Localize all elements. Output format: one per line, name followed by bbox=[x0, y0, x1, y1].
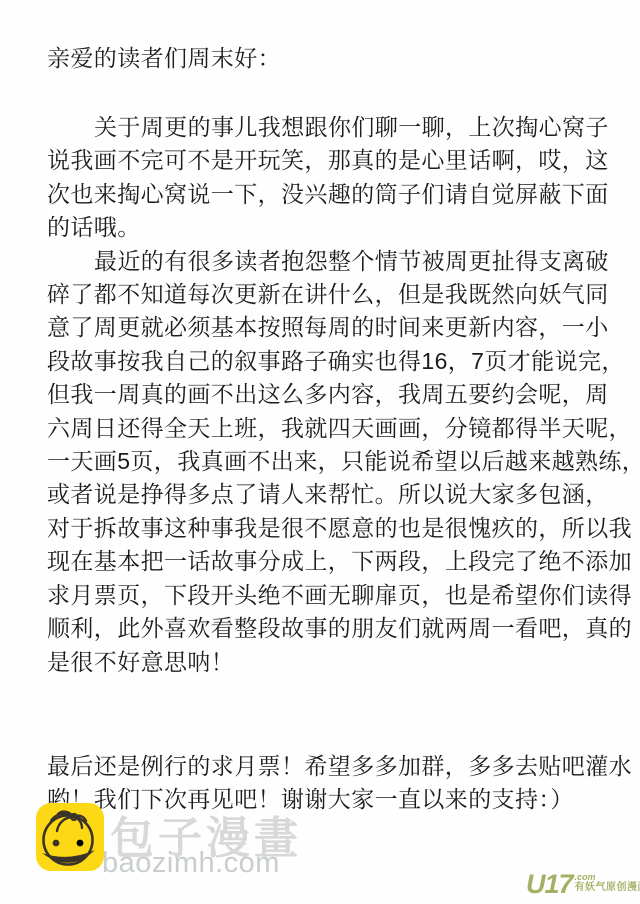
note-line: 一天画5页，我真画不出来，只能说希望以后越来越熟练， bbox=[47, 445, 640, 478]
note-line: 关于周更的事儿我想跟你们聊一聊，上次掏心窝子 bbox=[47, 111, 640, 144]
note-line: 次也来掏心窝说一下，没兴趣的筒子们请自觉屏蔽下面 bbox=[47, 178, 640, 211]
note-line: 的话哦。 bbox=[47, 211, 640, 244]
note-line: 最后还是例行的求月票！希望多多加群，多多去贴吧灌水 bbox=[47, 750, 632, 783]
greeting-line: 亲爱的读者们周末好： bbox=[47, 42, 281, 75]
note-line: 顺利，此外喜欢看整段故事的朋友们就两周一看吧，真的 bbox=[47, 612, 640, 645]
note-line: 说我画不完可不是开玩笑，那真的是心里话啊，哎，这 bbox=[47, 144, 640, 177]
note-line: 最近的有很多读者抱怨整个情节被周更扯得支离破 bbox=[47, 245, 640, 278]
u17-logo-right: .com 有妖气原创漫画 bbox=[575, 872, 640, 894]
note-line: 段故事按我自己的叙事路子确实也得16，7页才能说完， bbox=[47, 345, 640, 378]
baozi-url: baozimh.com bbox=[102, 847, 280, 880]
note-line: 但我一周真的画不出这么多内容，我周五要约会呢，周 bbox=[47, 378, 640, 411]
u17-com: .com bbox=[575, 872, 640, 882]
baozi-bun-icon bbox=[36, 798, 104, 874]
u17-tagline: 有妖气原创漫画 bbox=[575, 882, 640, 894]
u17-name: U17 bbox=[526, 870, 573, 898]
u17-logo: U17 .com 有妖气原创漫画 bbox=[526, 870, 640, 898]
note-line: 意了周更就必须基本按照每周的时间来更新内容，一小 bbox=[47, 311, 640, 344]
note-line: 或者说是挣得多点了请人来帮忙。所以说大家多包涵， bbox=[47, 478, 640, 511]
note-line: 是很不好意思呐！ bbox=[47, 646, 640, 679]
note-line: 求月票页，下段开头绝不画无聊扉页，也是希望你们读得 bbox=[47, 579, 640, 612]
author-note-page: 亲爱的读者们周末好： 关于周更的事儿我想跟你们聊一聊，上次掏心窝子 说我画不完可… bbox=[0, 0, 640, 904]
baozi-watermark: 包子漫畫 baozimh.com bbox=[36, 796, 356, 886]
note-line: 六周日还得全天上班，我就四天画画，分镜都得半天呢， bbox=[47, 412, 640, 445]
note-line: 对于拆故事这种事我是很不愿意的也是很愧疚的，所以我 bbox=[47, 512, 640, 545]
note-body: 关于周更的事儿我想跟你们聊一聊，上次掏心窝子 说我画不完可不是开玩笑，那真的是心… bbox=[47, 111, 640, 679]
note-line: 现在基本把一话故事分成上，下两段，上段完了绝不添加 bbox=[47, 545, 640, 578]
note-line: 碎了都不知道每次更新在讲什么，但是我既然向妖气同 bbox=[47, 278, 640, 311]
